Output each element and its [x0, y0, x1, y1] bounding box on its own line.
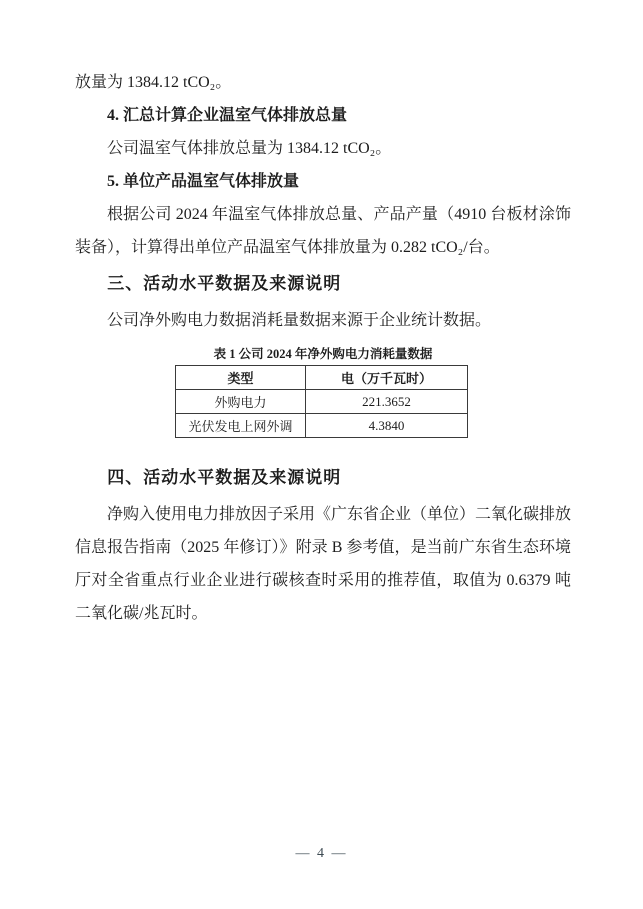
table-header-row: 类型 电（万千瓦时） — [176, 366, 468, 390]
table-cell-type: 光伏发电上网外调 — [176, 414, 306, 438]
section-3-heading: 三、活动水平数据及来源说明 — [75, 267, 571, 301]
page-number: — 4 — — [0, 846, 643, 862]
paragraph-unit-emission: 根据公司 2024 年温室气体排放总量、产品产量（4910 台板材涂饰装备），计… — [75, 198, 571, 264]
document-page: 放量为 1384.12 tCO₂。 4. 汇总计算企业温室气体排放总量 公司温室… — [0, 0, 643, 909]
table-cell-value: 221.3652 — [306, 390, 468, 414]
heading-item-4: 4. 汇总计算企业温室气体排放总量 — [75, 99, 571, 132]
table-row-purchased-power: 外购电力 221.3652 — [176, 390, 468, 414]
paragraph-emission-continuation: 放量为 1384.12 tCO₂。 — [75, 66, 571, 99]
table-row-pv-export: 光伏发电上网外调 4.3840 — [176, 414, 468, 438]
paragraph-emission-factor: 净购入使用电力排放因子采用《广东省企业（单位）二氧化碳排放信息报告指南（2025… — [75, 498, 571, 630]
paragraph-activity-data-source: 公司净外购电力数据消耗量数据来源于企业统计数据。 — [75, 304, 571, 337]
heading-item-5: 5. 单位产品温室气体排放量 — [75, 165, 571, 198]
page-content: 放量为 1384.12 tCO₂。 4. 汇总计算企业温室气体排放总量 公司温室… — [75, 66, 571, 630]
table-cell-type: 外购电力 — [176, 390, 306, 414]
table-header-type: 类型 — [176, 366, 306, 390]
electricity-consumption-table: 类型 电（万千瓦时） 外购电力 221.3652 光伏发电上网外调 4.3840 — [175, 365, 468, 438]
table-cell-value: 4.3840 — [306, 414, 468, 438]
section-4-heading: 四、活动水平数据及来源说明 — [75, 461, 571, 495]
table-1-caption: 表 1 公司 2024 年净外购电力消耗量数据 — [127, 345, 519, 363]
table-header-electricity: 电（万千瓦时） — [306, 366, 468, 390]
paragraph-total-emission: 公司温室气体排放总量为 1384.12 tCO₂。 — [75, 132, 571, 165]
